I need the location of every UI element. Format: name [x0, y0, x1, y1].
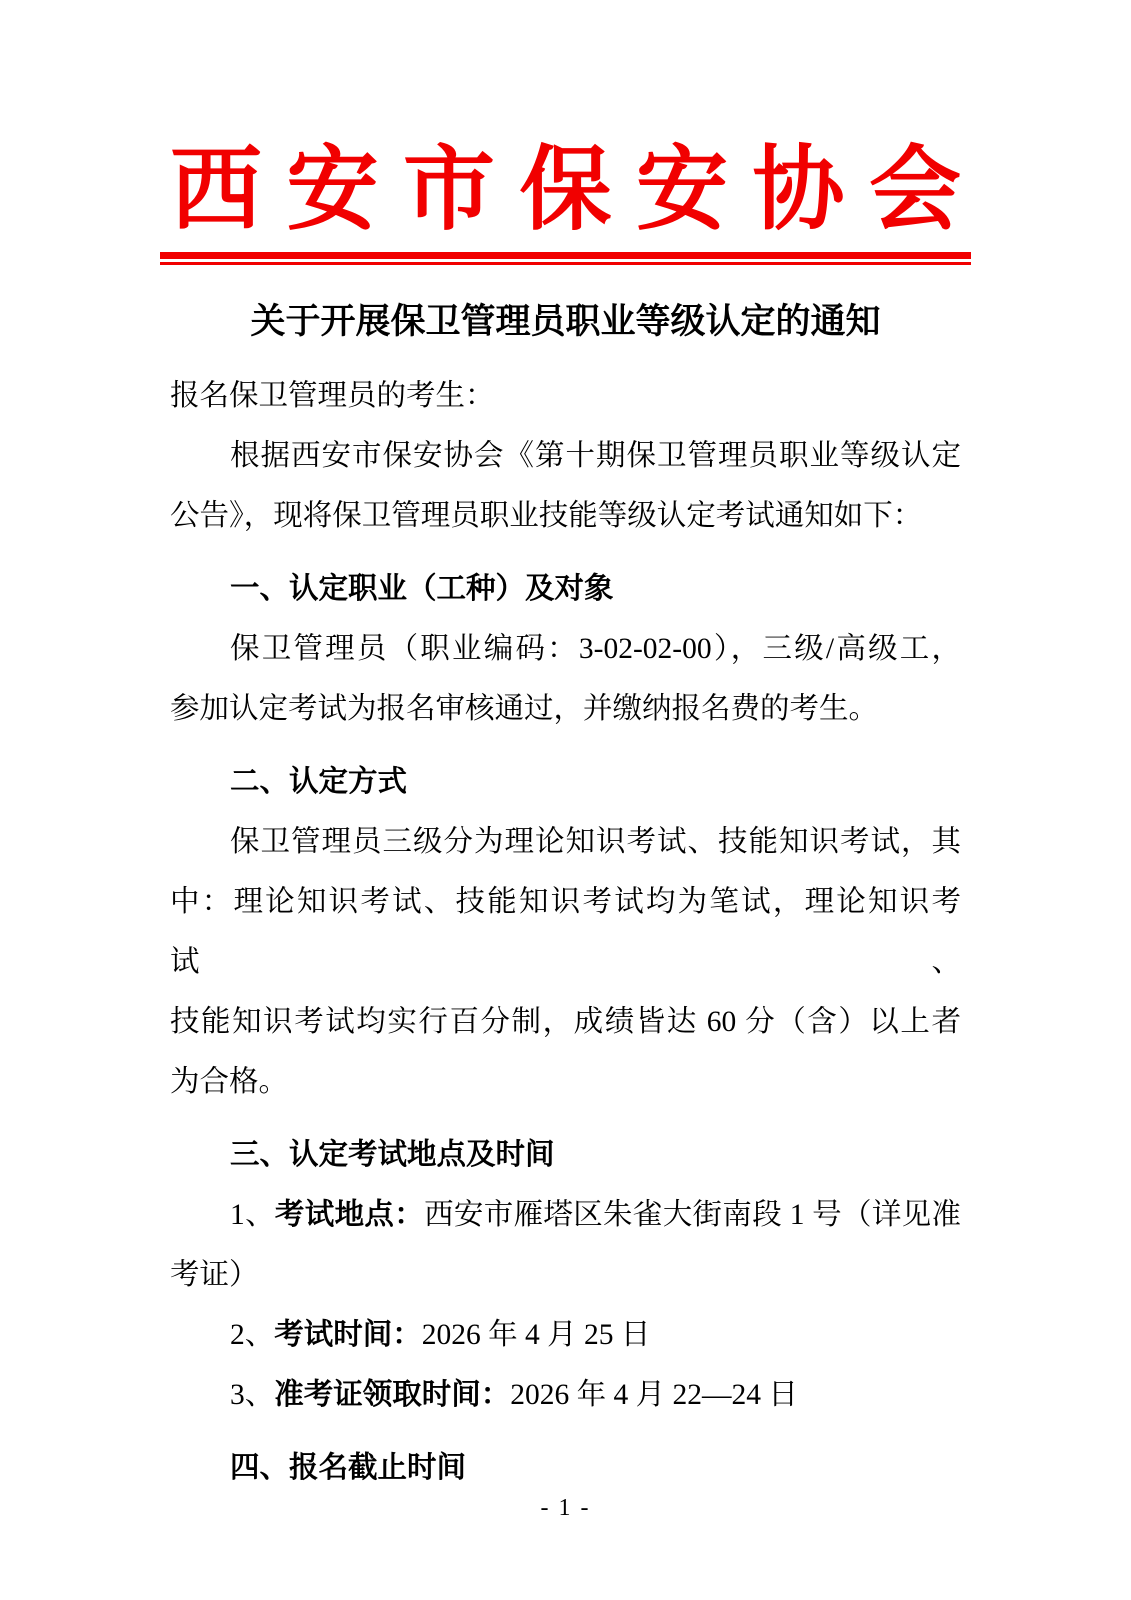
rule-thin-line: [160, 262, 971, 265]
section-2-heading: 二、认定方式: [170, 752, 961, 812]
text-run: 3、: [230, 1379, 274, 1411]
intro-line-1: 根据西安市保安协会《第十期保卫管理员职业等级认定: [170, 426, 961, 486]
salutation-line: 报名保卫管理员的考生：: [170, 366, 961, 426]
section-1-line-2: 参加认定考试为报名审核通过，并缴纳报名费的考生。: [170, 679, 961, 739]
document-title: 关于开展保卫管理员职业等级认定的通知: [170, 292, 961, 352]
text-run: 保卫管理员（职业编码：3-02-02-00），三级/高级工，: [230, 633, 961, 665]
section-2-line-1: 保卫管理员三级分为理论知识考试、技能知识考试，其: [170, 812, 961, 872]
text-run: 中：理论知识考试、技能知识考试均为笔试，理论知识考试、: [170, 886, 961, 978]
section-2-line-2: 中：理论知识考试、技能知识考试均为笔试，理论知识考试、: [170, 872, 961, 992]
bold-text-run: 二、认定方式: [230, 765, 407, 798]
text-run: 考证）: [170, 1259, 259, 1291]
bold-text-run: 一、认定职业（工种）及对象: [230, 572, 614, 605]
text-run: 根据西安市保安协会《第十期保卫管理员职业等级认定: [230, 440, 961, 472]
section-3-heading: 三、认定考试地点及时间: [170, 1125, 961, 1185]
section-2-line-4: 为合格。: [170, 1052, 961, 1112]
section-2-line-3: 技能知识考试均实行百分制，成绩皆达 60 分（含）以上者: [170, 992, 961, 1052]
text-run: 西安市雁塔区朱雀大街南段 1 号（详见准: [424, 1199, 961, 1231]
bold-text-run: 三、认定考试地点及时间: [230, 1138, 555, 1171]
text-run: 参加认定考试为报名审核通过，并缴纳报名费的考生。: [170, 693, 878, 725]
section-1-heading: 一、认定职业（工种）及对象: [170, 559, 961, 619]
bold-text-run: 四、报名截止时间: [230, 1451, 466, 1484]
section-3-item-3: 3、准考证领取时间：2026 年 4 月 22—24 日: [170, 1365, 961, 1425]
intro-line-2: 公告》，现将保卫管理员职业技能等级认定考试通知如下：: [170, 486, 961, 546]
bold-text-run: 考试地点：: [275, 1198, 424, 1231]
text-run: 2026 年 4 月 25 日: [422, 1319, 651, 1351]
document-body: 报名保卫管理员的考生：根据西安市保安协会《第十期保卫管理员职业等级认定公告》，现…: [170, 366, 961, 1498]
text-run: 2026 年 4 月 22—24 日: [510, 1379, 798, 1411]
section-1-line-1: 保卫管理员（职业编码：3-02-02-00），三级/高级工，: [170, 619, 961, 679]
page-number: - 1 -: [0, 1495, 1131, 1522]
text-run: 公告》，现将保卫管理员职业技能等级认定考试通知如下：: [170, 500, 922, 532]
text-run: 为合格。: [170, 1066, 288, 1098]
org-letterhead-title: 西 安 市 保 安 协 会: [170, 136, 961, 244]
document-page: 西 安 市 保 安 协 会 关于开展保卫管理员职业等级认定的通知 报名保卫管理员…: [0, 0, 1131, 1600]
text-run: 技能知识考试均实行百分制，成绩皆达 60 分（含）以上者: [170, 1006, 961, 1038]
letterhead-double-rule: [160, 252, 971, 265]
text-run: 2、: [230, 1319, 274, 1351]
text-run: 报名保卫管理员的考生：: [170, 380, 495, 412]
section-3-item-1: 1、考试地点：西安市雁塔区朱雀大街南段 1 号（详见准: [170, 1185, 961, 1245]
rule-thick-line: [160, 252, 971, 259]
section-3-item-1-cont: 考证）: [170, 1245, 961, 1305]
section-4-heading: 四、报名截止时间: [170, 1438, 961, 1498]
text-run: 1、: [230, 1199, 275, 1231]
bold-text-run: 考试时间：: [274, 1318, 422, 1351]
bold-text-run: 准考证领取时间：: [274, 1378, 510, 1411]
text-run: 保卫管理员三级分为理论知识考试、技能知识考试，其: [230, 826, 961, 858]
section-3-item-2: 2、考试时间：2026 年 4 月 25 日: [170, 1305, 961, 1365]
